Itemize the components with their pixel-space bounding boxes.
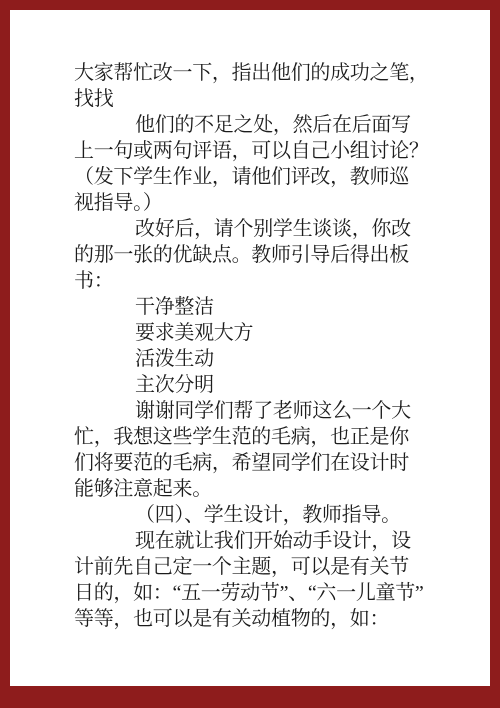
text-line: 的那一张的优缺点。教师引导后得出板	[74, 242, 446, 268]
text-line: 日的，如：“五一劳动节”、“六一儿童节”	[74, 580, 446, 606]
page-frame: 大家帮忙改一下，指出他们的成功之笔，找找他们的不足之处，然后在后面写上一句或两句…	[0, 0, 500, 708]
text-line: 忙，我想这些学生范的毛病，也正是你	[74, 424, 446, 450]
document-text: 大家帮忙改一下，指出他们的成功之笔，找找他们的不足之处，然后在后面写上一句或两句…	[74, 60, 446, 632]
text-line: 们将要范的毛病，希望同学们在设计时	[74, 450, 446, 476]
text-line: （发下学生作业，请他们评改，教师巡	[74, 164, 446, 190]
text-line: 视指导。）	[74, 190, 446, 216]
text-line: 谢谢同学们帮了老师这么一个大	[74, 398, 446, 424]
text-line: 改好后，请个别学生谈谈，你改	[74, 216, 446, 242]
document-page: 大家帮忙改一下，指出他们的成功之笔，找找他们的不足之处，然后在后面写上一句或两句…	[10, 10, 490, 686]
text-line: 上一句或两句评语，可以自己小组讨论？	[74, 138, 446, 164]
text-line: 现在就让我们开始动手设计，设	[74, 528, 446, 554]
text-line: （四）、学生设计，教师指导。	[74, 502, 446, 528]
text-line: 能够注意起来。	[74, 476, 446, 502]
text-line: 他们的不足之处，然后在后面写	[74, 112, 446, 138]
text-line: 书：	[74, 268, 446, 294]
text-line: 要求美观大方	[74, 320, 446, 346]
text-line: 干净整洁	[74, 294, 446, 320]
text-line: 等等，也可以是有关动植物的，如：	[74, 606, 446, 632]
text-line: 计前先自己定一个主题，可以是有关节	[74, 554, 446, 580]
text-line: 找找	[74, 86, 446, 112]
text-line: 大家帮忙改一下，指出他们的成功之笔，	[74, 60, 446, 86]
text-line: 主次分明	[74, 372, 446, 398]
text-line: 活泼生动	[74, 346, 446, 372]
